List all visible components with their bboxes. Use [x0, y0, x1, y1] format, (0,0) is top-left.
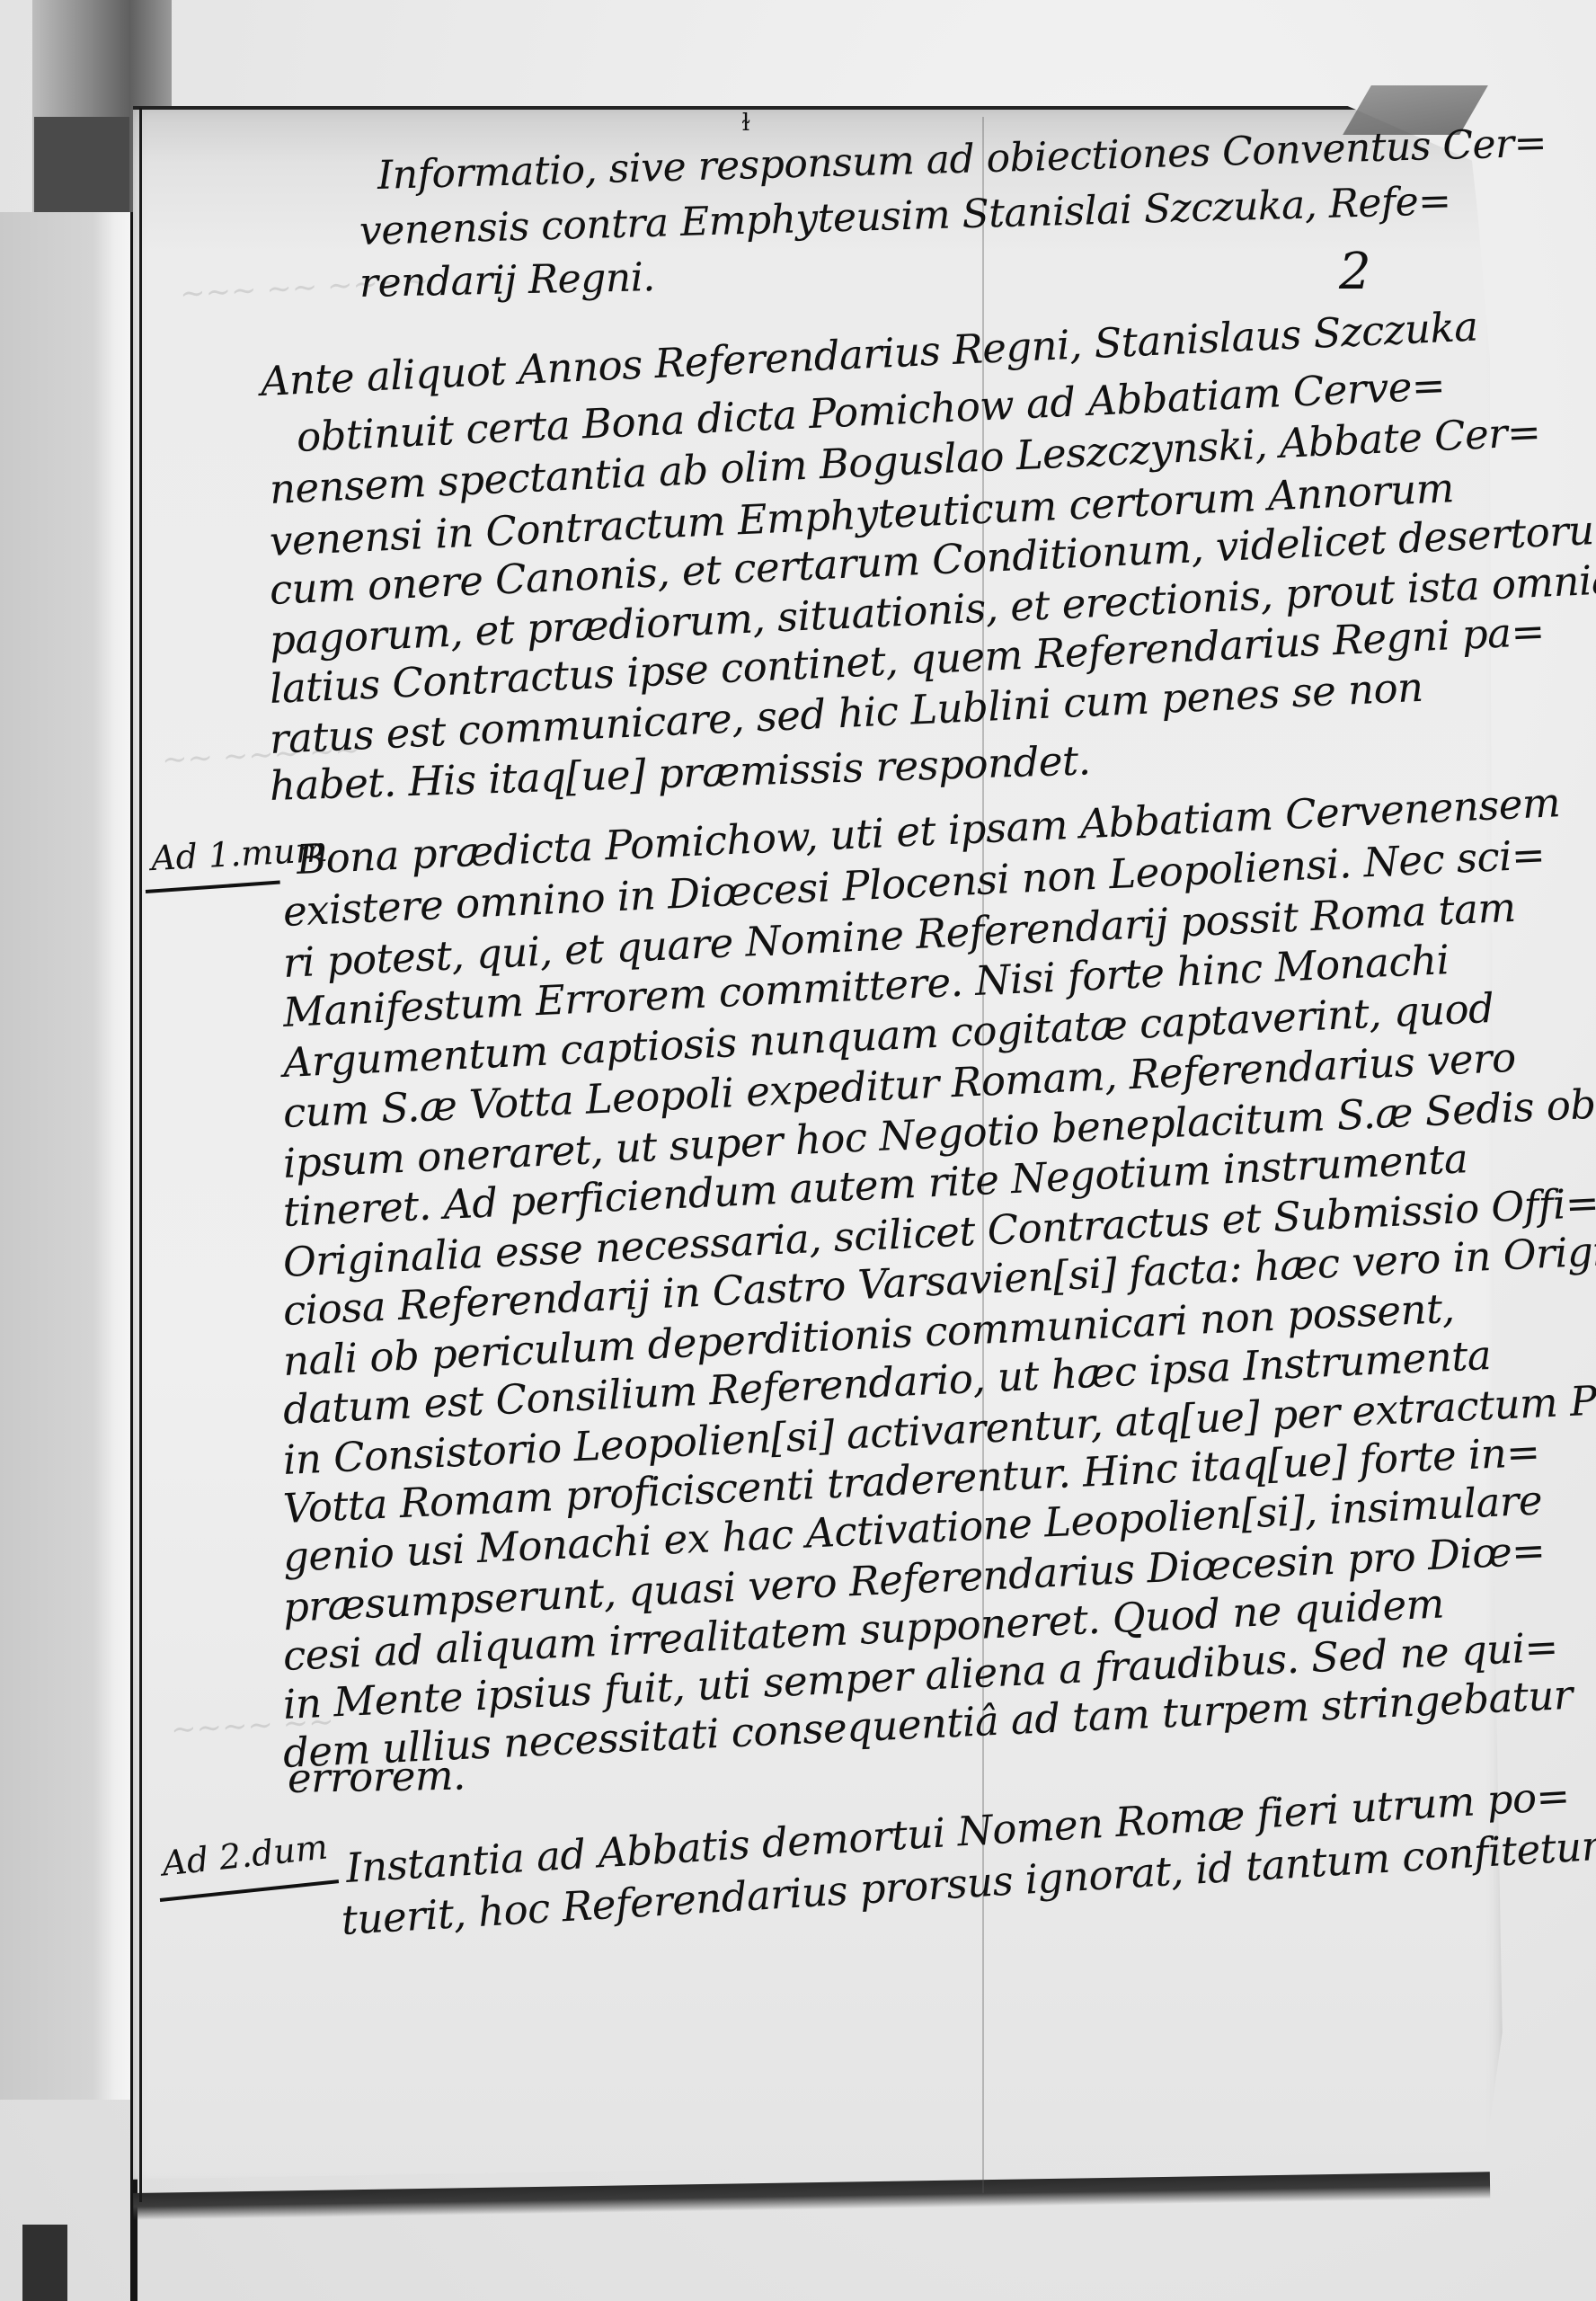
left-margin-rule [139, 108, 142, 2202]
binding-spine-bottom [22, 2225, 67, 2301]
title-line: rendarij Regni. [359, 254, 655, 307]
binding-shadow [34, 117, 129, 212]
adjacent-page-edge [0, 212, 133, 2100]
text-line: errorem. [288, 1752, 466, 1802]
folio-number: 2 [1339, 243, 1371, 301]
top-mark: ɫ [741, 110, 750, 137]
